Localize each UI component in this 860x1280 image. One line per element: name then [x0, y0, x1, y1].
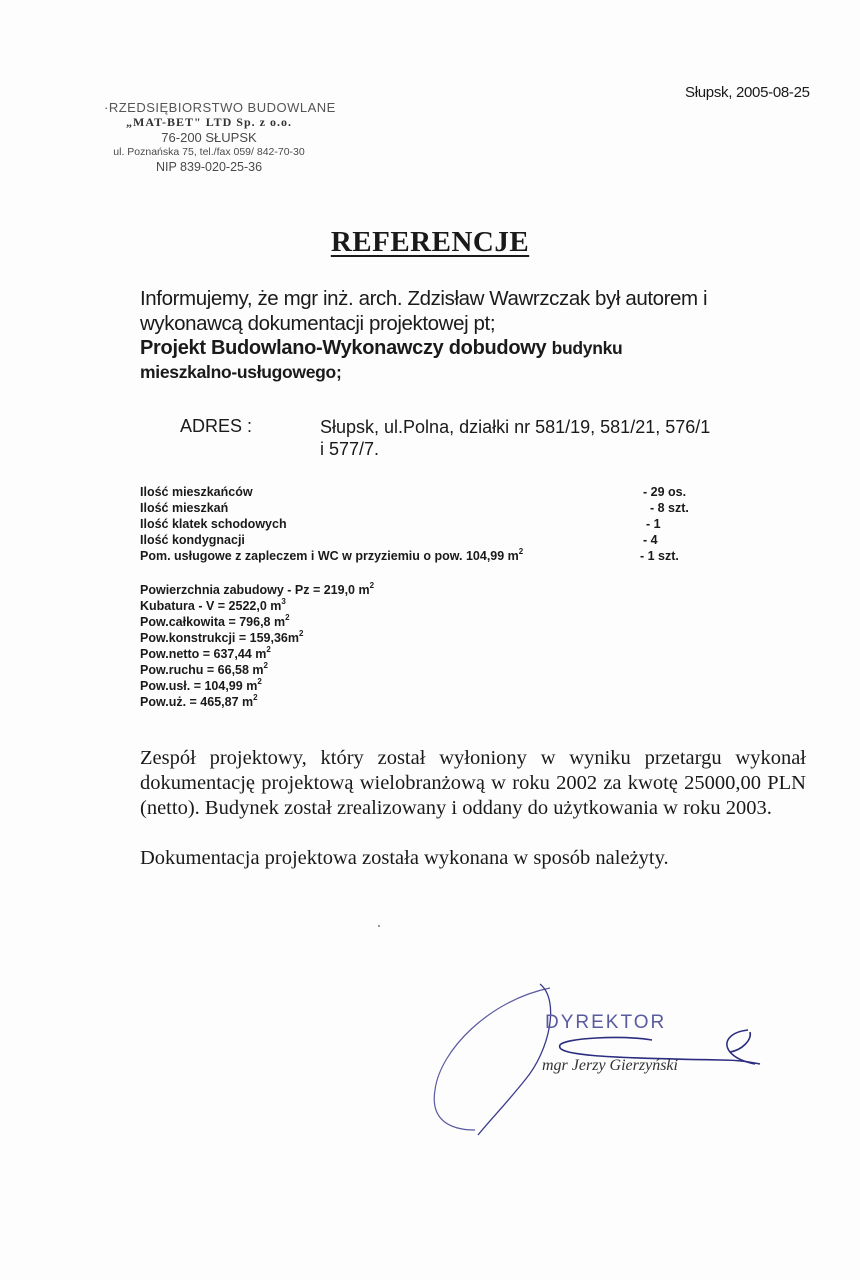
area-row: Pow.konstrukcji = 159,36m2 [140, 630, 374, 646]
closing-final-line: Dokumentacja projektowa została wykonana… [140, 846, 669, 871]
address-line-2: i 577/7. [320, 438, 800, 460]
stat-value: - 4 [640, 532, 689, 548]
area-row: Pow.całkowita = 796,8 m2 [140, 614, 374, 630]
area-row: Pow.ruchu = 66,58 m2 [140, 662, 374, 678]
signature-role: DYREKTOR [545, 1012, 666, 1034]
address-value: Słupsk, ul.Polna, działki nr 581/19, 581… [320, 416, 800, 460]
closing-text: Zespół projektowy, który został wyłonion… [140, 746, 806, 821]
stat-value: - 1 [640, 516, 689, 532]
project-title-small: budynku [552, 338, 623, 358]
stamp-address: ul. Poznańska 75, tel./fax 059/ 842-70-3… [104, 145, 314, 160]
project-title-line-2: mieszkalno-usługowego; [140, 360, 622, 384]
stats-labels: Ilość mieszkańcówIlość mieszkańIlość kla… [140, 484, 523, 564]
project-title: Projekt Budowlano-Wykonawczy dobudowy bu… [140, 336, 622, 384]
address-line-1: Słupsk, ul.Polna, działki nr 581/19, 581… [320, 416, 800, 438]
area-row: Pow.netto = 637,44 m2 [140, 646, 374, 662]
stat-label: Ilość mieszkań [140, 500, 523, 516]
stat-value: - 8 szt. [640, 500, 689, 516]
closing-paragraph: Zespół projektowy, który został wyłonion… [140, 746, 806, 821]
project-title-main: Projekt Budowlano-Wykonawczy dobudowy [140, 337, 552, 359]
intro-text: Informujemy, że mgr inż. arch. Zdzisław … [140, 286, 707, 336]
stat-value: - 29 os. [640, 484, 689, 500]
intro-line-2: wykonawcą dokumentacji projektowej pt; [140, 311, 707, 336]
stat-label: Ilość kondygnacji [140, 532, 523, 548]
company-stamp: ·RZEDSIĘBIORSTWO BUDOWLANE „MAT-BET" LTD… [104, 100, 314, 175]
stamp-nip: NIP 839-020-25-36 [104, 160, 314, 175]
stat-label: Ilość klatek schodowych [140, 516, 523, 532]
stamp-company-type: ·RZEDSIĘBIORSTWO BUDOWLANE [104, 100, 314, 115]
address-label: ADRES : [180, 416, 252, 437]
area-row: Pow.uż. = 465,87 m2 [140, 694, 374, 710]
stamp-company-name: „MAT-BET" LTD Sp. z o.o. [104, 115, 314, 130]
stat-label: Ilość mieszkańców [140, 484, 523, 500]
document-title: REFERENCJE [0, 226, 860, 259]
intro-line-1: Informujemy, że mgr inż. arch. Zdzisław … [140, 286, 707, 311]
area-row: Pow.usł. = 104,99 m2 [140, 678, 374, 694]
scan-speck [378, 925, 380, 927]
area-row: Kubatura - V = 2522,0 m3 [140, 598, 374, 614]
stamp-city: 76-200 SŁUPSK [104, 130, 314, 145]
area-figures: Powierzchnia zabudowy - Pz = 219,0 m2Kub… [140, 582, 374, 710]
area-row: Powierzchnia zabudowy - Pz = 219,0 m2 [140, 582, 374, 598]
stat-value: - 1 szt. [640, 548, 689, 564]
stat-label: Pom. usługowe z zapleczem i WC w przyzie… [140, 548, 523, 564]
stats-values: - 29 os.- 8 szt.- 1- 4- 1 szt. [640, 484, 689, 564]
document-date: Słupsk, 2005-08-25 [685, 84, 810, 101]
signatory-name: mgr Jerzy Gierzyński [542, 1057, 678, 1075]
